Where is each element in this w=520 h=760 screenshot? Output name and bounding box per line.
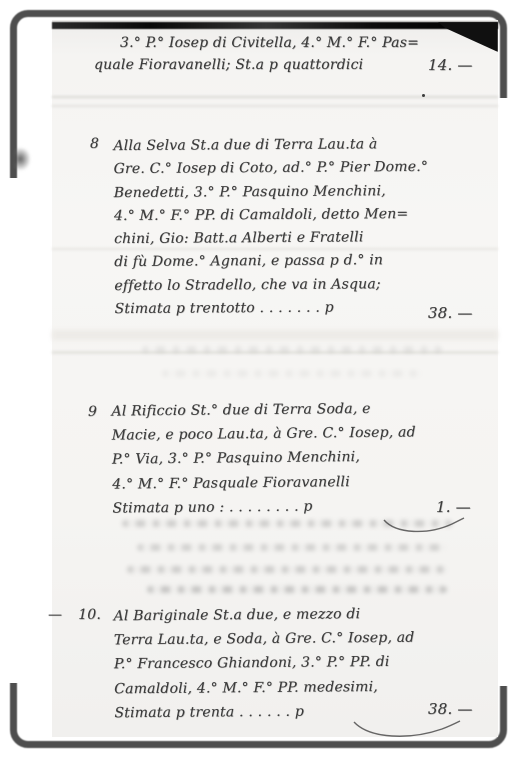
entry-line: Gre. C.° Iosep di Coto, ad.° P.° Pier Do… (114, 156, 429, 181)
bleed-through-smudge (147, 586, 447, 593)
entry-number: 9 (88, 404, 97, 420)
manuscript-paper: 3.° P.° Iosep di Civitella, 4.° M.° F.° … (52, 20, 498, 737)
entry-line: 4.° M.° F.° Pasquale Fioravanelli (112, 469, 416, 496)
page-edge-shadow-corner (438, 22, 498, 52)
entry-line: di fù Dome.° Agnani, e passa p d.° in (114, 249, 429, 274)
page-edge-shadow (52, 22, 498, 29)
entry-value: 14. — (428, 56, 473, 74)
bleed-through-smudge (137, 544, 447, 551)
entry-line: P.° Via, 3.° P.° Pasquino Menchini, (112, 445, 416, 472)
scan-streak (52, 330, 498, 340)
entry-line: Stimata p trentotto . . . . . . . p (114, 296, 429, 321)
entry-line: Macie, e poco Lau.ta, à Gre. C.° Iosep, … (112, 421, 416, 448)
pen-flourish (350, 719, 462, 741)
entry-line: 4.° M.° F.° PP. di Camaldoli, detto Men= (114, 203, 429, 228)
pen-flourish (382, 516, 466, 536)
manuscript-entry: Al Rificcio St.° due di Terra Soda, e Ma… (111, 396, 416, 520)
entry-line: Stimata p uno : . . . . . . . . p (112, 493, 416, 520)
scan-streak (52, 96, 498, 98)
entry-line: Camaldoli, 4.° M.° F.° PP. medesimi, (114, 674, 415, 701)
scan-streak (52, 105, 498, 107)
entry-value: 38. — (428, 304, 473, 322)
bleed-through-smudge (127, 566, 447, 573)
entry-value: 38. — (428, 700, 473, 718)
bleed-through-smudge (142, 346, 442, 353)
entry-line: chini, Gio: Batt.a Alberti e Fratelli (114, 226, 429, 251)
scanned-manuscript-page: 3.° P.° Iosep di Civitella, 4.° M.° F.° … (0, 0, 520, 760)
entry-value: 1. — (436, 498, 471, 516)
entry-number-text: 10. (78, 607, 101, 623)
entry-line: Benedetti, 3.° P.° Pasquino Menchini, (114, 179, 429, 204)
margin-ink-smudge (14, 148, 30, 170)
entry-line: effetto lo Stradello, che va in Asqua; (114, 273, 429, 298)
entry-line: 3.° P.° Iosep di Civitella, 4.° M.° F.° … (120, 32, 419, 54)
entry-continuation: 3.° P.° Iosep di Civitella, 4.° M.° F.° … (94, 32, 419, 76)
entry-number-dash: — (48, 607, 62, 623)
entry-line: Al Rificcio St.° due di Terra Soda, e (111, 396, 415, 423)
frame-gap-left (0, 178, 34, 683)
bleed-through-smudge (162, 370, 422, 377)
entry-line: P.° Francesco Ghiandoni, 3.° P.° PP. di (114, 650, 415, 677)
entry-line: Al Bariginale St.a due, e mezzo di (113, 602, 414, 629)
ink-dot (422, 94, 425, 97)
entry-number: 8 (90, 136, 99, 152)
manuscript-entry: Alla Selva St.a due di Terra Lau.ta à Gr… (113, 133, 429, 322)
entry-number: —10. (48, 607, 101, 623)
manuscript-entry: Al Bariginale St.a due, e mezzo di Terra… (113, 602, 415, 726)
entry-line: quale Fioravanelli; St.a p quattordici (94, 54, 419, 76)
entry-line: Terra Lau.ta, e Soda, à Gre. C.° Iosep, … (114, 626, 415, 653)
entry-line: Alla Selva St.a due di Terra Lau.ta à (113, 133, 428, 158)
